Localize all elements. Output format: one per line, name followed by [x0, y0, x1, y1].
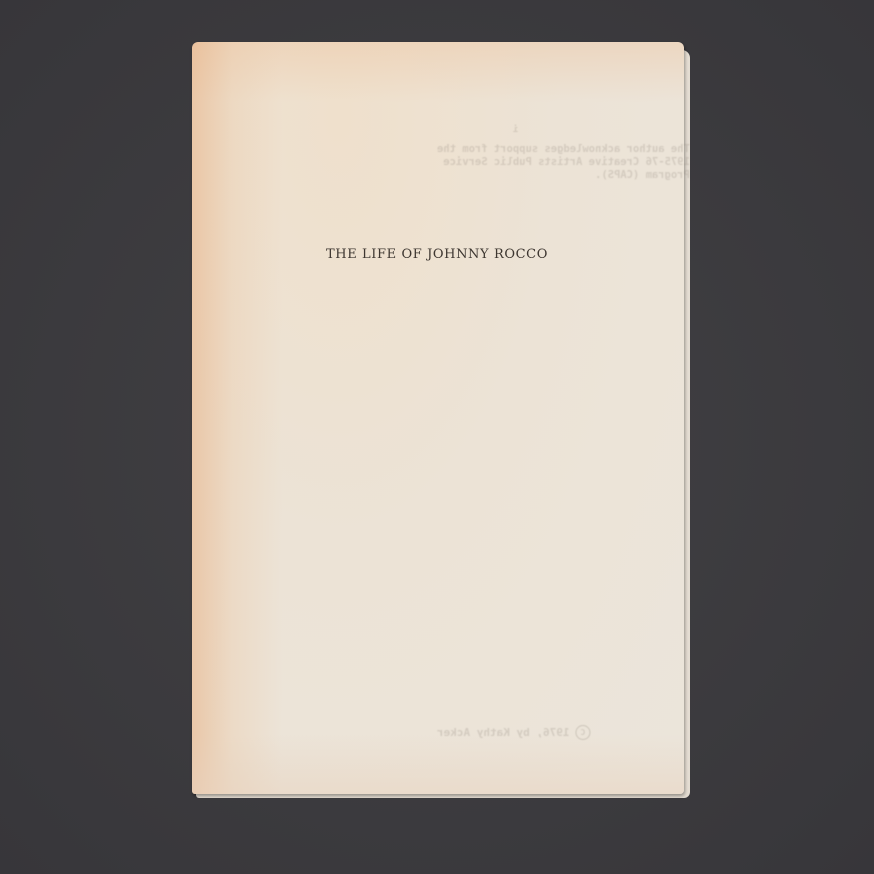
acknowledgement-line: The author acknowledges support from the: [437, 143, 690, 156]
document-title: THE LIFE OF JOHNNY ROCCO: [0, 247, 874, 262]
show-through-copyright: C 1976, by Kathy Acker: [437, 725, 590, 740]
copyright-text: 1976, by Kathy Acker: [437, 726, 569, 739]
acknowledgement-line: Program (CAPS).: [437, 169, 690, 182]
copyright-icon: C: [575, 725, 590, 740]
show-through-page-number: i: [513, 125, 518, 135]
show-through-acknowledgement: The author acknowledges support from the…: [437, 143, 690, 182]
acknowledgement-line: 1975-76 Creative Artists Public Service: [437, 156, 690, 169]
title-text: THE LIFE OF JOHNNY ROCCO: [326, 247, 548, 262]
